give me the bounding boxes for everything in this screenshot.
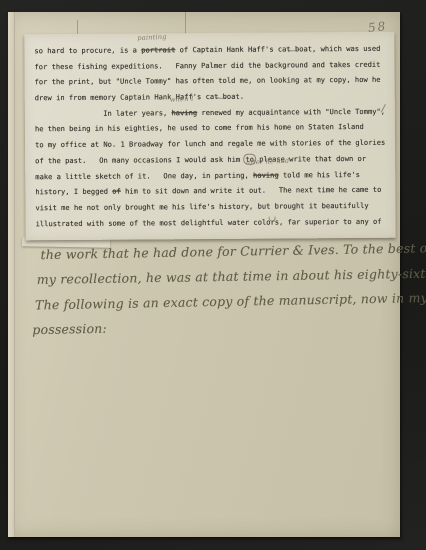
typed-text-block: so hard to procure, is a portrait of Cap… [34, 41, 391, 232]
handwritten-line: The following is an exact copy of the ma… [35, 290, 426, 313]
struck-word: portrait [141, 45, 175, 54]
typed-text: history, I begged [35, 187, 112, 197]
page-left-edge [8, 12, 15, 537]
typed-text: told me his life's [279, 169, 360, 179]
handwritten-line: possession: [32, 321, 107, 337]
scrapbook-page: 58 so hard to procure, is a portrait of … [8, 12, 400, 537]
struck-word: having [253, 170, 279, 179]
typed-manuscript-sheet: so hard to procure, is a portrait of Cap… [24, 32, 395, 241]
handwritten-line: my recollection, he was at that time in … [37, 265, 426, 287]
typed-text: him to sit down and write it out. The ne… [121, 185, 382, 196]
typed-text: make a little sketch of it. One day, in … [35, 170, 253, 181]
typed-text: so hard to procure, is a [34, 45, 141, 55]
typed-text: renewed my acquaintance with "Uncle Tomm… [197, 107, 385, 117]
typed-line: of the past. On many occasions I would a… [35, 151, 391, 169]
typed-line: illustrated with some of the most deligh… [36, 213, 392, 231]
typed-text: of Captain Hank Haff's cat boat, which w… [175, 44, 380, 54]
typed-line: visit me he not only brought me his life… [35, 198, 391, 216]
typed-text: In later years, [35, 108, 172, 118]
struck-word: having [171, 108, 197, 117]
typed-text: of the past. On many occasions I would a… [35, 155, 244, 165]
typed-line: for the print, but "Uncle Tommy" has oft… [35, 72, 391, 90]
pencil-insertion-when-i: when I [170, 95, 194, 104]
pencil-insertion-painting: painting [137, 33, 167, 42]
